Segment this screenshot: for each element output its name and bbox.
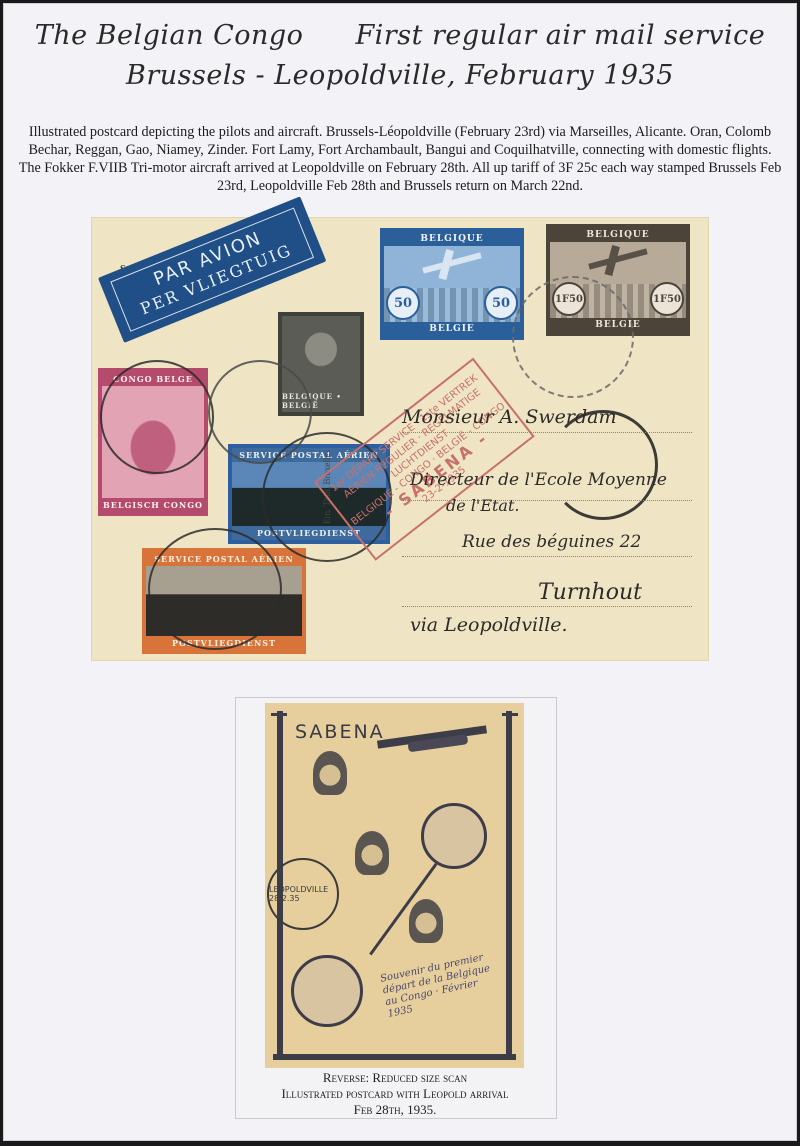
description-text: Illustrated postcard depicting the pilot…	[18, 123, 782, 195]
palm-tree-emblem-icon	[291, 955, 363, 1027]
address-title: Directeur de l'Ecole Moyenne	[410, 470, 667, 490]
pilot-portrait	[313, 751, 347, 795]
address-routing: via Leopoldville.	[410, 614, 568, 636]
stamp-top-text: BELGIQUE	[550, 228, 686, 242]
airplane-icon	[588, 248, 648, 269]
stamp-value: 50	[386, 286, 420, 320]
title-right: First regular air mail service	[355, 20, 765, 51]
stamp-bottom-text: BELGISCH CONGO	[102, 498, 204, 512]
page-title: The Belgian CongoFirst regular air mail …	[0, 20, 800, 51]
stamp-top-text: BELGIQUE	[384, 232, 520, 246]
sabena-logo: SABENA	[295, 721, 385, 743]
postmark-leopoldville	[100, 360, 214, 474]
border-bar	[273, 1054, 516, 1060]
address-line-rule	[402, 556, 692, 557]
caption-line: Illustrated postcard with Leopold arriva…	[235, 1086, 555, 1102]
pilot-portrait	[355, 831, 389, 875]
pilot-portrait	[409, 899, 443, 943]
address-institution: de l'Etat.	[446, 496, 519, 515]
caption-line: Feb 28th, 1935.	[235, 1102, 555, 1118]
postmark-leopoldville: LEOPOLDVILLE 28.2.35	[267, 858, 339, 930]
postcard-reverse: SABENA LEOPOLDVILLE 28.2.35 Souvenir du …	[265, 703, 524, 1068]
address-line-rule	[402, 432, 692, 433]
address-street: Rue des béguines 22	[462, 532, 641, 552]
stamp-value: 1F50	[650, 282, 684, 316]
caption-line: Reverse: Reduced size scan	[235, 1070, 555, 1086]
brussels-emblem-icon	[421, 803, 487, 869]
reverse-caption: Reverse: Reduced size scan Illustrated p…	[235, 1070, 555, 1118]
page-subtitle: Brussels - Leopoldville, February 1935	[0, 60, 800, 91]
border-bar	[271, 713, 287, 716]
handwritten-inscription: Souvenir du premier départ de la Belgiqu…	[379, 949, 506, 1021]
postmark-leopoldville	[148, 528, 282, 650]
stamp-blue-airmail: BELGIQUE 50 50 BELGIE	[380, 228, 524, 340]
address-city: Turnhout	[538, 580, 642, 605]
postmark-turnhout	[512, 276, 634, 398]
address-line-rule	[402, 606, 692, 607]
stamp-scene: 50 50	[384, 246, 520, 322]
airplane-icon	[377, 725, 487, 748]
stamp-bottom-text: BELGIE	[384, 322, 520, 336]
title-left: The Belgian Congo	[35, 20, 304, 51]
border-bar	[502, 713, 518, 716]
airplane-icon	[422, 252, 482, 273]
address-recipient: Monsieur A. Swerdam	[402, 406, 616, 428]
border-bar	[506, 711, 512, 1059]
stamp-value: 50	[484, 286, 518, 320]
postcard-front: Studi PAR AVION PER VLIEGTUIG BELGIQUE 5…	[92, 218, 708, 660]
